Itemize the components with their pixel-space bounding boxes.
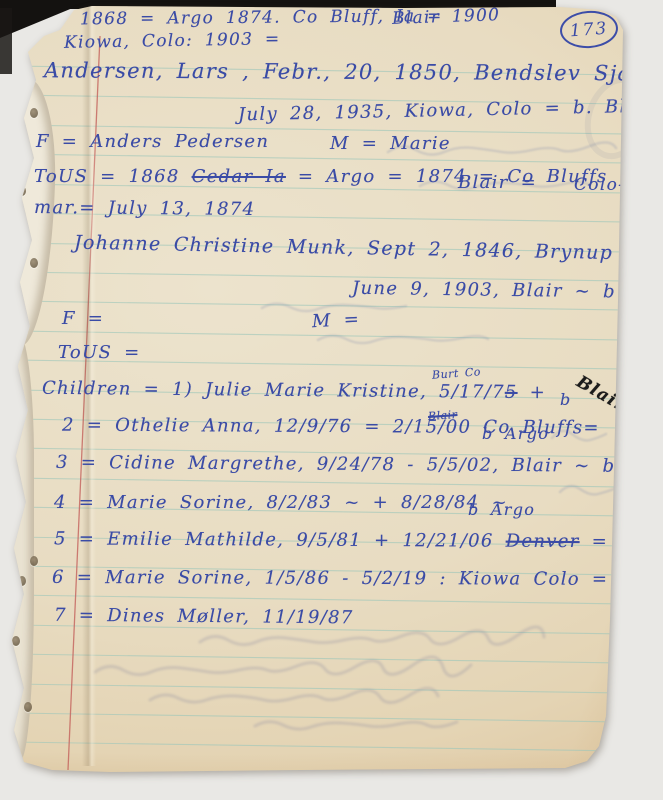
children-line-1: Children = 1) Julie Marie Kristine, 5/17… <box>42 380 546 402</box>
header-line-2: Kiowa, Colo: 1903 = <box>64 31 281 52</box>
subject-father-line: F = Anders Pedersen <box>36 133 269 151</box>
burt-co-superscript: Burt Co <box>432 366 482 380</box>
children-line-3: 3 = Cidine Margrethe, 9/24/78 - 5/5/02, … <box>56 454 663 476</box>
punch-hole <box>30 108 38 118</box>
child5-struck: Denver <box>506 531 580 552</box>
child5-text: 5 = Emilie Mathilde, 9/5/81 + 12/21/06 <box>54 528 494 551</box>
tous-colo-note: Colo- <box>574 177 625 194</box>
punch-hole <box>12 636 20 646</box>
b-annotation-blue: b <box>560 392 572 408</box>
children-line-4: 4 = Marie Sorine, 8/2/83 ~ + 8/28/84 ~ <box>54 494 508 512</box>
children-line-2-tail: b Argo <box>482 426 549 442</box>
header-line-1: toUS 1868 = Argo 1874. Co Bluff, Ia = <box>20 8 443 29</box>
children-line-4-tail: b Argo <box>468 502 535 518</box>
subject-mother-line: M = Marie <box>330 135 451 153</box>
scanned-notebook-page: { "document": { "kind": "handwritten gen… <box>0 0 663 800</box>
punch-hole <box>18 576 26 586</box>
page-number: 173 <box>569 18 609 41</box>
child5-tail: = b Blair <box>592 531 663 553</box>
tous-prefix: ToUS = 1868 <box>34 166 180 187</box>
blair-1900-note: Blair 1900 <box>392 7 501 28</box>
children-line-7: 7 = Dines Møller, 11/19/87 <box>54 607 354 628</box>
subject-tous-line: ToUS = 1868 Cedar Ia = Argo = 1874 = Co … <box>34 168 636 186</box>
paper-sheet: toUS 1868 = Argo 1874. Co Bluff, Ia = Bl… <box>0 0 663 800</box>
spouse-tous-line: ToUS = <box>58 344 141 362</box>
punch-hole <box>18 186 26 196</box>
married-line: mar.= July 13, 1874 <box>34 199 255 219</box>
spouse-death-line: June 9, 1903, Blair ~ b Blair <box>352 280 663 303</box>
child1-text: Children = 1) Julie Marie Kristine, 5/17… <box>42 378 505 403</box>
punch-hole <box>16 334 24 344</box>
punch-hole <box>30 258 38 268</box>
child1-struck: 5 <box>505 382 518 403</box>
child1-plus: + <box>530 382 547 403</box>
torn-edge-curl <box>0 330 34 760</box>
punch-hole <box>30 556 38 566</box>
paper-sheet-wrap: toUS 1868 = Argo 1874. Co Bluff, Ia = Bl… <box>0 0 663 800</box>
punch-hole <box>24 702 32 712</box>
spouse-mother-line: M = <box>312 311 361 331</box>
subject-name-line: Andersen, Lars , Febr., 20, 1850, Bendsl… <box>44 60 663 84</box>
children-line-5: 5 = Emilie Mathilde, 9/5/81 + 12/21/06 D… <box>54 530 663 551</box>
spouse-father-line: F = <box>62 310 104 328</box>
ink-bleedthrough-bottom <box>95 627 544 729</box>
children-line-6: 6 = Marie Sorine, 1/5/86 - 5/2/19 : Kiow… <box>52 569 663 589</box>
tous-blair-note: Blair = <box>458 174 537 192</box>
tous-struck-text: Cedar Ia <box>192 166 286 187</box>
